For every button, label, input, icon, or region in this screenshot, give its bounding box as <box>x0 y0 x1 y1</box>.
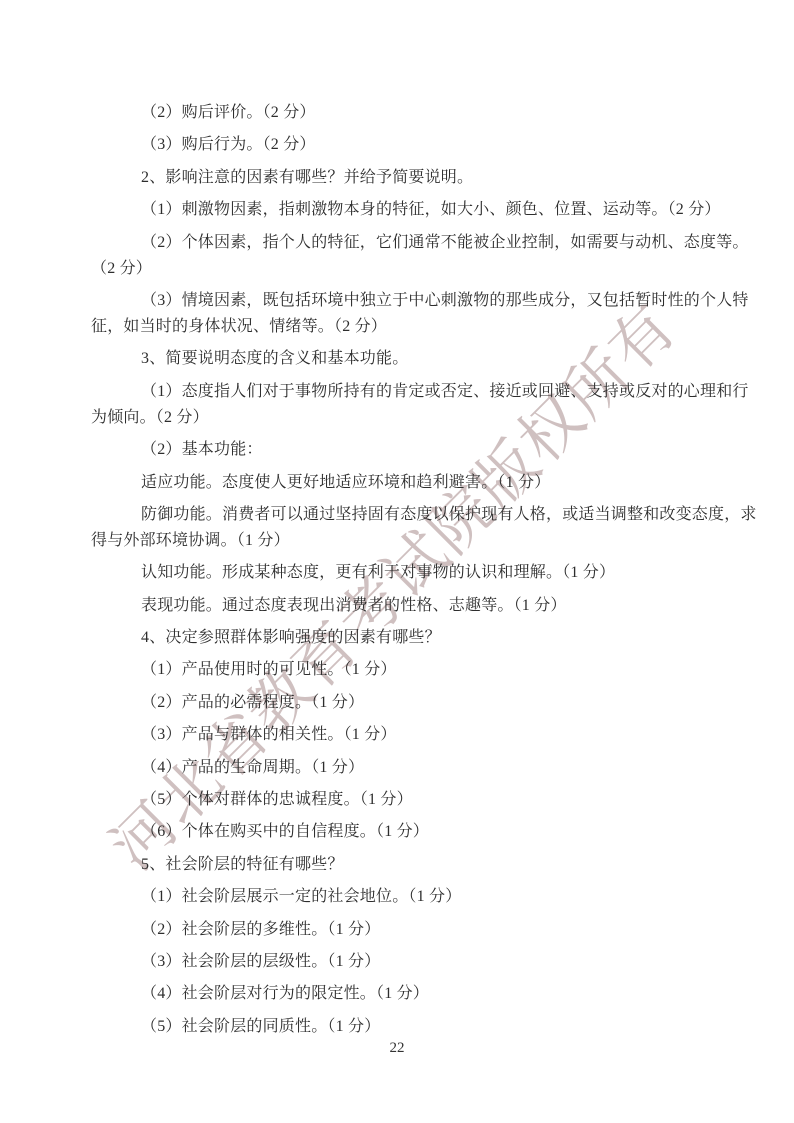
paragraph: （2）产品的必需程度。（1 分） <box>91 690 707 716</box>
text-line: （1）产品使用时的可见性。（1 分） <box>91 657 707 683</box>
paragraph: 适应功能。态度使人更好地适应环境和趋利避害。（1 分） <box>91 470 707 496</box>
paragraph: （5）社会阶层的同质性。（1 分） <box>91 1014 707 1040</box>
paragraph: 表现功能。通过态度表现出消费者的性格、志趣等。（1 分） <box>91 593 707 619</box>
text-line: （5）社会阶层的同质性。（1 分） <box>91 1014 707 1040</box>
paragraph: （2）基本功能： <box>91 437 707 463</box>
paragraph: （3）购后行为。（2 分） <box>91 132 707 158</box>
text-line: （2）个体因素，指个人的特征，它们通常不能被企业控制，如需要与动机、态度等。 <box>91 230 707 256</box>
paragraph: （3）社会阶层的层级性。（1 分） <box>91 949 707 975</box>
text-line: （2）基本功能： <box>91 437 707 463</box>
paragraph: （2）购后评价。（2 分） <box>91 100 707 126</box>
paragraph: 5、社会阶层的特征有哪些？ <box>91 852 707 878</box>
paragraph: （2）社会阶层的多维性。（1 分） <box>91 917 707 943</box>
text-line: （5）个体对群体的忠诚程度。（1 分） <box>91 787 707 813</box>
paragraph: （3）情境因素，既包括环境中独立于中心刺激物的那些成分，又包括暂时性的个人特征，… <box>91 288 707 340</box>
text-line: 5、社会阶层的特征有哪些？ <box>91 852 707 878</box>
text-line: 得与外部环境协调。（1 分） <box>91 528 707 554</box>
text-line: （3）社会阶层的层级性。（1 分） <box>91 949 707 975</box>
paragraph: （3）产品与群体的相关性。（1 分） <box>91 722 707 748</box>
text-line: （4）社会阶层对行为的限定性。（1 分） <box>91 981 707 1007</box>
paragraph: （1）态度指人们对于事物所持有的肯定或否定、接近或回避、支持或反对的心理和行为倾… <box>91 379 707 431</box>
text-line: 为倾向。（2 分） <box>91 405 707 431</box>
text-line: （2）社会阶层的多维性。（1 分） <box>91 917 707 943</box>
paragraph: （1）刺激物因素，指刺激物本身的特征，如大小、颜色、位置、运动等。（2 分） <box>91 197 707 223</box>
text-line: （2）购后评价。（2 分） <box>91 100 707 126</box>
text-line: 3、简要说明态度的含义和基本功能。 <box>91 346 707 372</box>
page-number: 22 <box>0 1040 794 1057</box>
paragraph: （2）个体因素，指个人的特征，它们通常不能被企业控制，如需要与动机、态度等。（2… <box>91 230 707 282</box>
text-line: （6）个体在购买中的自信程度。（1 分） <box>91 819 707 845</box>
text-line: 表现功能。通过态度表现出消费者的性格、志趣等。（1 分） <box>91 593 707 619</box>
text-line: 征，如当时的身体状况、情绪等。（2 分） <box>91 314 707 340</box>
text-line: （1）刺激物因素，指刺激物本身的特征，如大小、颜色、位置、运动等。（2 分） <box>91 197 707 223</box>
text-line: （3）情境因素，既包括环境中独立于中心刺激物的那些成分，又包括暂时性的个人特 <box>91 288 707 314</box>
paragraph: （1）社会阶层展示一定的社会地位。（1 分） <box>91 884 707 910</box>
text-line: （1）态度指人们对于事物所持有的肯定或否定、接近或回避、支持或反对的心理和行 <box>91 379 707 405</box>
text-line: 4、决定参照群体影响强度的因素有哪些？ <box>91 625 707 651</box>
text-line: 适应功能。态度使人更好地适应环境和趋利避害。（1 分） <box>91 470 707 496</box>
text-line: （1）社会阶层展示一定的社会地位。（1 分） <box>91 884 707 910</box>
paragraph: 3、简要说明态度的含义和基本功能。 <box>91 346 707 372</box>
text-line: （3）产品与群体的相关性。（1 分） <box>91 722 707 748</box>
text-line: 防御功能。消费者可以通过坚持固有态度以保护现有人格，或适当调整和改变态度，求 <box>91 502 707 528</box>
paragraph: 4、决定参照群体影响强度的因素有哪些？ <box>91 625 707 651</box>
text-line: （3）购后行为。（2 分） <box>91 132 707 158</box>
paragraph: （4）社会阶层对行为的限定性。（1 分） <box>91 981 707 1007</box>
text-line: （2）产品的必需程度。（1 分） <box>91 690 707 716</box>
paragraph: 认知功能。形成某种态度，更有利于对事物的认识和理解。（1 分） <box>91 560 707 586</box>
paragraph: （5）个体对群体的忠诚程度。（1 分） <box>91 787 707 813</box>
paragraph: 2、影响注意的因素有哪些？并给予简要说明。 <box>91 165 707 191</box>
document-content: （2）购后评价。（2 分）（3）购后行为。（2 分）2、影响注意的因素有哪些？并… <box>91 100 707 1046</box>
text-line: 2、影响注意的因素有哪些？并给予简要说明。 <box>91 165 707 191</box>
paragraph: （6）个体在购买中的自信程度。（1 分） <box>91 819 707 845</box>
paragraph: （1）产品使用时的可见性。（1 分） <box>91 657 707 683</box>
paragraph: 防御功能。消费者可以通过坚持固有态度以保护现有人格，或适当调整和改变态度，求得与… <box>91 502 707 554</box>
text-line: 认知功能。形成某种态度，更有利于对事物的认识和理解。（1 分） <box>91 560 707 586</box>
document-page: 河北省教育考试院版权所有 （2）购后评价。（2 分）（3）购后行为。（2 分）2… <box>0 0 794 1123</box>
text-line: （4）产品的生命周期。（1 分） <box>91 755 707 781</box>
text-line: （2 分） <box>91 256 707 282</box>
paragraph: （4）产品的生命周期。（1 分） <box>91 755 707 781</box>
